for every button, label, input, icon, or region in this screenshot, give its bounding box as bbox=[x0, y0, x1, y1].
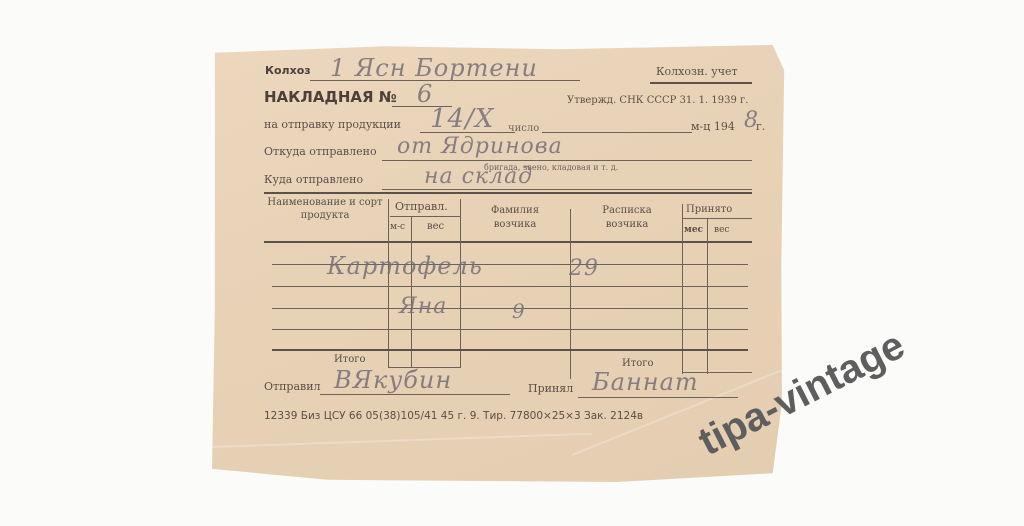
received-by-label: Принял bbox=[528, 382, 573, 395]
col-received: Принято bbox=[686, 204, 732, 215]
to-handwritten: на склад bbox=[424, 164, 533, 189]
document-title: НАКЛАДНАЯ № bbox=[264, 88, 397, 106]
sent-subheader-line bbox=[390, 216, 460, 217]
month-underline bbox=[542, 132, 692, 133]
col-divider bbox=[570, 209, 571, 379]
sent-by-signature: ВЯкубин bbox=[334, 366, 452, 394]
month-year-label: м-ц 194 bbox=[691, 120, 735, 133]
print-info: 12339 Биз ЦСУ 66 05(38)105/41 45 г. 9. Т… bbox=[264, 410, 643, 422]
col-received-weight: вес bbox=[714, 225, 729, 235]
kolkhoz-label: Колхоз bbox=[265, 64, 311, 77]
from-label: Откуда отправлено bbox=[264, 145, 377, 158]
shipment-label: на отправку продукции bbox=[264, 118, 401, 131]
col-product: Наименование и сорт продукта bbox=[264, 196, 386, 222]
received-by-signature: Баннат bbox=[592, 368, 699, 396]
day-label: число bbox=[508, 123, 539, 134]
row-line bbox=[272, 329, 748, 330]
row-line bbox=[272, 308, 748, 309]
received-subheader-line bbox=[682, 218, 752, 219]
kolkhoz-handwritten: 1 Ясн Бортени bbox=[330, 54, 538, 82]
row-1-driver-signature: 29 bbox=[569, 256, 599, 281]
received-by-underline bbox=[578, 397, 738, 398]
col-sent: Отправл. bbox=[395, 200, 448, 213]
row-line bbox=[272, 286, 748, 287]
row-1-product: Картофель bbox=[327, 252, 483, 280]
col-divider bbox=[411, 216, 412, 367]
accounting-underline bbox=[650, 82, 752, 84]
col-divider bbox=[388, 199, 389, 367]
from-underline bbox=[382, 160, 752, 161]
to-label: Куда отправлено bbox=[264, 173, 363, 186]
col-received-places: мес bbox=[684, 225, 703, 235]
table-header-bottom bbox=[264, 241, 752, 243]
col-sent-places: м-с bbox=[390, 222, 405, 232]
to-underline bbox=[382, 189, 752, 190]
day-handwritten: 14/Х bbox=[430, 104, 494, 134]
year-end: г. bbox=[756, 120, 765, 133]
table-body-bottom bbox=[272, 349, 748, 351]
sent-by-label: Отправил bbox=[264, 380, 321, 393]
sent-by-underline bbox=[320, 394, 510, 395]
waybill-paper: Колхоз 1 Ясн Бортени Колхозн. учет НАКЛА… bbox=[212, 44, 790, 482]
row-2-driver-name: 9 bbox=[512, 299, 526, 323]
col-driver-signature: Расписка возчика bbox=[587, 204, 667, 232]
col-divider bbox=[460, 199, 461, 367]
approval-note: Утвержд. СНК СССР 31. 1. 1939 г. bbox=[567, 95, 748, 106]
accounting-label: Колхозн. учет bbox=[656, 65, 738, 78]
col-sent-weight: вес bbox=[427, 221, 444, 232]
col-driver-name: Фамилия возчика bbox=[480, 204, 550, 232]
total-label-left: Итого bbox=[334, 354, 366, 365]
row-2-product: Яна bbox=[399, 294, 447, 319]
table-top-border bbox=[264, 192, 752, 194]
paper-crease bbox=[212, 433, 592, 448]
from-handwritten: от Ядринова bbox=[397, 134, 563, 159]
